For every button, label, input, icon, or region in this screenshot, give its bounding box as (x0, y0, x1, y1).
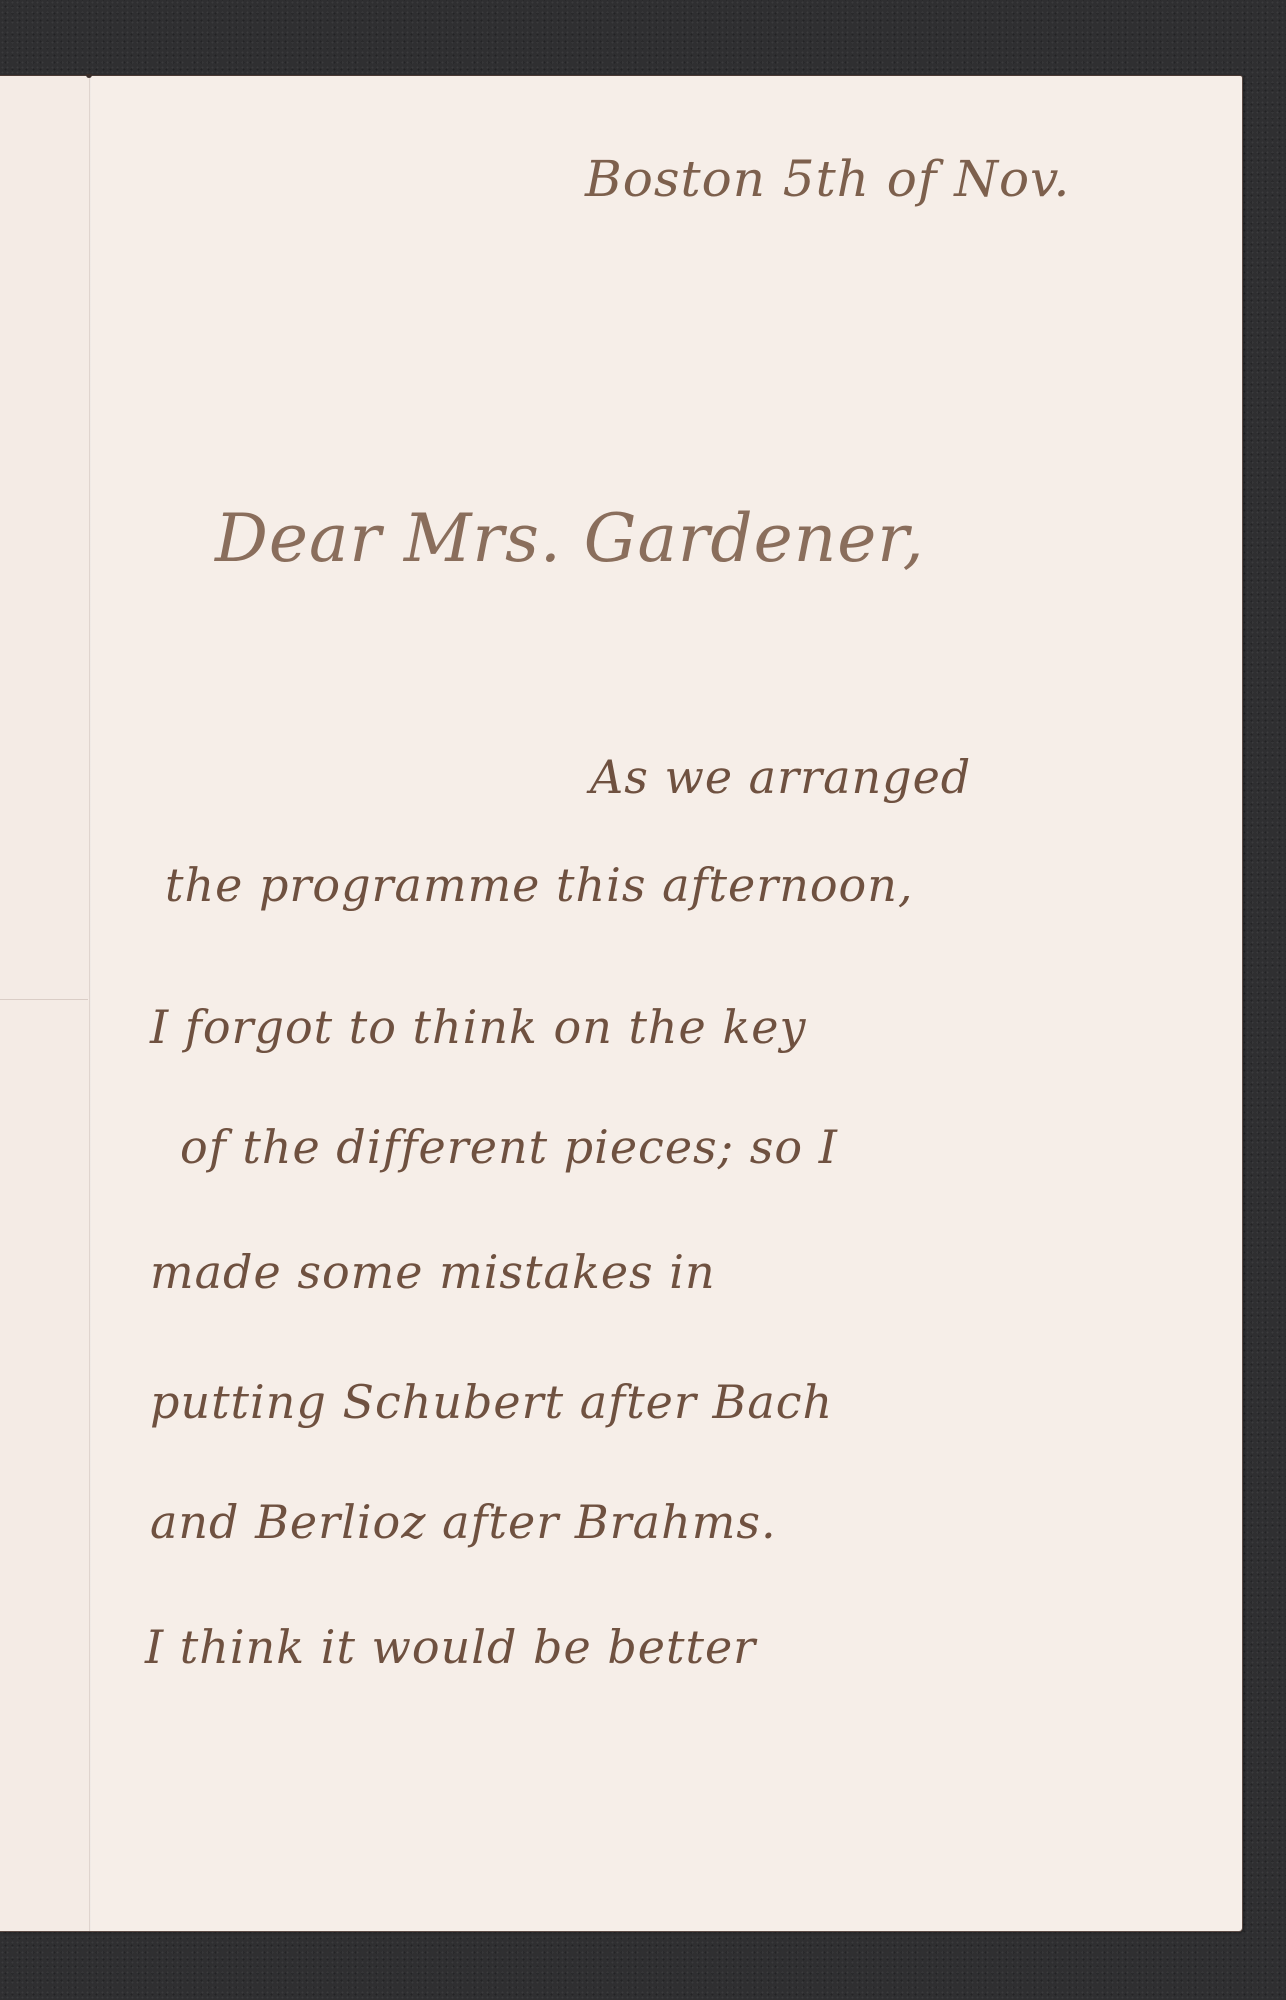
fold-line (89, 76, 91, 1931)
body-line-4: of the different pieces; so I (180, 1120, 838, 1174)
body-line-3: I forgot to think on the key (150, 1000, 806, 1054)
fold-notch (86, 74, 92, 78)
body-line-5: made some mistakes in (150, 1245, 716, 1299)
body-line-7: and Berlioz after Brahms. (150, 1495, 777, 1549)
body-line-8: I think it would be better (145, 1620, 756, 1674)
dateline: Boston 5th of Nov. (585, 150, 1070, 208)
salutation: Dear Mrs. Gardener, (215, 500, 925, 577)
body-line-2: the programme this afternoon, (165, 858, 914, 912)
body-line-1: As we arranged (590, 750, 971, 804)
left-leaf (0, 76, 90, 1931)
crease-mark (0, 999, 88, 1000)
body-line-6: putting Schubert after Bach (150, 1375, 833, 1429)
